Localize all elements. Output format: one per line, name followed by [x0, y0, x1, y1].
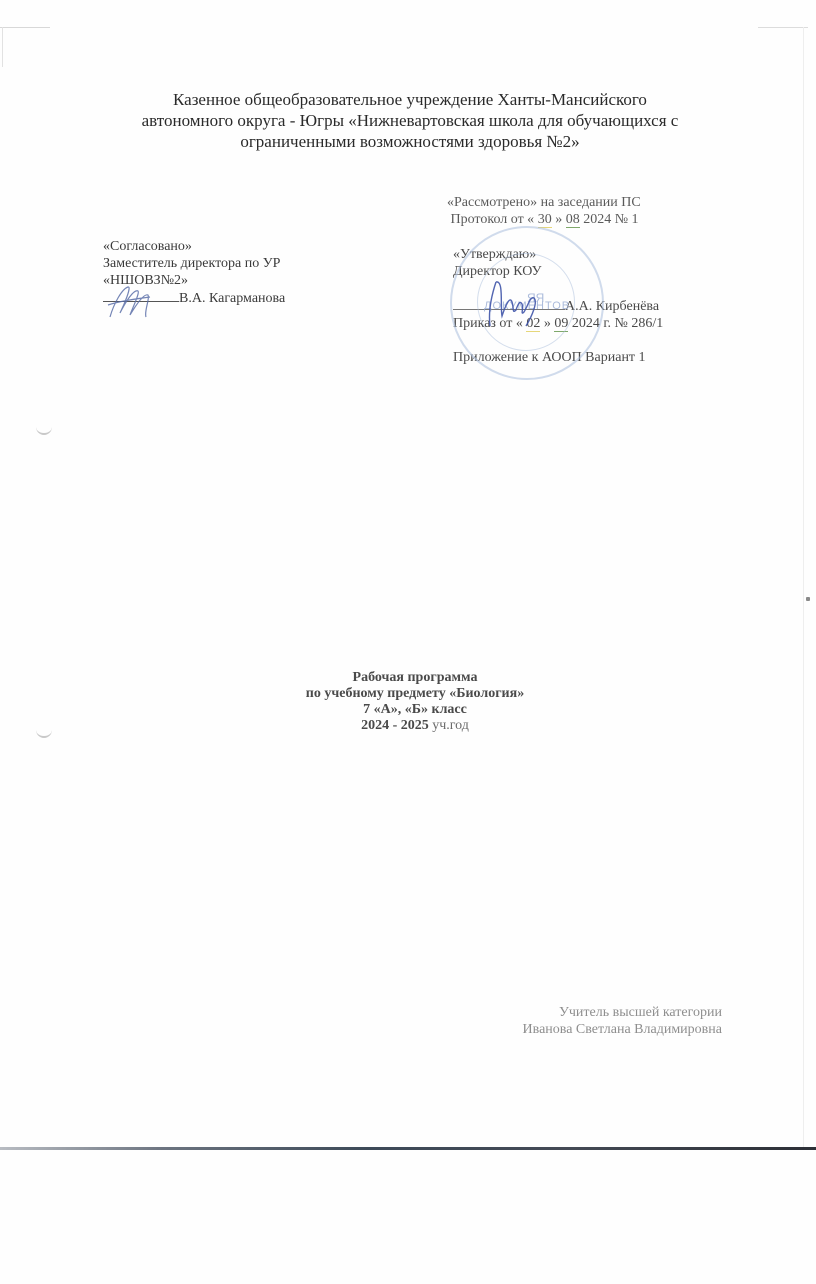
reviewed-block: «Рассмотрено» на заседании ПС Протокол о… — [447, 194, 641, 228]
order-prefix: Приказ от « — [453, 316, 523, 331]
protocol-year-number: 2024 № 1 — [583, 212, 638, 227]
order-sep: » — [544, 316, 551, 331]
signature-line — [453, 297, 565, 310]
order-month: 09 — [554, 317, 568, 332]
program-subject: по учебному предмету «Биология» — [270, 686, 560, 702]
reviewed-title: «Рассмотрено» на заседании ПС — [447, 194, 641, 211]
teacher-name: Иванова Светлана Владимировна — [523, 1021, 722, 1038]
signature-line — [103, 289, 179, 302]
approved-signer: А.А. Кирбенёва — [565, 299, 659, 314]
order-year-number: 2024 г. № 286/1 — [572, 316, 663, 331]
agreed-title: «Согласовано» — [103, 238, 285, 255]
header-line: ограниченными возможностями здоровья №2» — [100, 131, 720, 152]
program-title-block: Рабочая программа по учебному предмету «… — [270, 670, 560, 734]
appendix-note: Приложение к АООП Вариант 1 — [453, 349, 663, 366]
scan-edge-mark — [0, 27, 50, 28]
punch-hole-mark — [36, 728, 52, 738]
scanned-page: Казенное общеобразовательное учреждение … — [0, 0, 816, 1284]
scan-edge-mark — [2, 27, 3, 67]
program-year-suffix: уч.год — [432, 718, 469, 733]
approved-position: Директор КОУ — [453, 263, 663, 280]
scan-speck — [806, 597, 810, 601]
protocol-day: 30 — [538, 213, 552, 228]
scan-edge-mark — [758, 27, 808, 28]
punch-hole-mark — [36, 425, 52, 435]
program-classes: 7 «А», «Б» класс — [270, 702, 560, 718]
teacher-category: Учитель высшей категории — [523, 1004, 722, 1021]
approved-signature-line: А.А. Кирбенёва — [453, 297, 663, 315]
order-day: 02 — [526, 317, 540, 332]
scan-edge-mark — [803, 27, 804, 1147]
header-line: автономного округа - Югры «Нижневартовск… — [100, 110, 720, 131]
agreed-org: «НШОВЗ№2» — [103, 272, 285, 289]
approved-title: «Утверждаю» — [453, 246, 663, 263]
scan-bottom-edge — [0, 1147, 816, 1150]
institution-header: Казенное общеобразовательное учреждение … — [100, 89, 720, 152]
agreed-signer: В.А. Кагарманова — [179, 291, 285, 306]
program-title: Рабочая программа — [270, 670, 560, 686]
program-year: 2024 - 2025 уч.год — [270, 718, 560, 734]
agreed-signature-line: В.А. Кагарманова — [103, 289, 285, 307]
teacher-block: Учитель высшей категории Иванова Светлан… — [523, 1004, 722, 1038]
protocol-sep: » — [555, 212, 562, 227]
agreed-block: «Согласовано» Заместитель директора по У… — [103, 238, 285, 307]
approved-order: Приказ от « 02 » 09 2024 г. № 286/1 — [453, 315, 663, 332]
protocol-month: 08 — [566, 213, 580, 228]
protocol-prefix: Протокол от « — [451, 212, 535, 227]
approved-block: «Утверждаю» Директор КОУ А.А. Кирбенёва … — [453, 246, 663, 366]
header-line: Казенное общеобразовательное учреждение … — [100, 89, 720, 110]
agreed-position: Заместитель директора по УР — [103, 255, 285, 272]
reviewed-protocol: Протокол от « 30 » 08 2024 № 1 — [447, 211, 641, 228]
program-year-range: 2024 - 2025 — [361, 718, 429, 733]
